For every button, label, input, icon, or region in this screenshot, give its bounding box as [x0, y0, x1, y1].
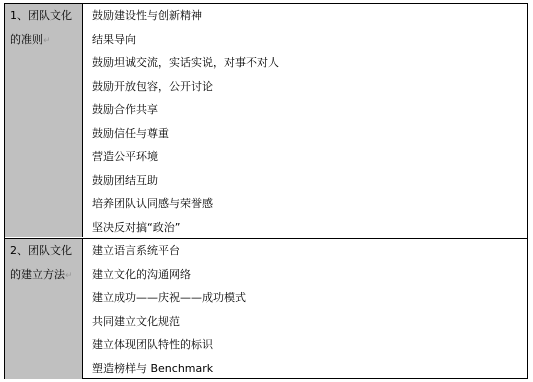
list-item: 鼓励坦诚交流，实话实说，对事不对人: [84, 51, 527, 75]
list-item: 建立文化的沟通网络: [84, 263, 527, 287]
category-label-line1: 1、团队文化: [5, 4, 82, 28]
paragraph-mark-icon: ↵: [65, 271, 73, 281]
list-item: 结果导向: [84, 28, 527, 52]
list-item: 建立体现团队特性的标识: [84, 333, 527, 357]
list-item: 鼓励信任与尊重: [84, 122, 527, 146]
category-label-line2: 的建立方法↵: [5, 263, 82, 289]
category-label-line1: 2、团队文化: [5, 239, 82, 263]
category-cell-principles: 1、团队文化 的准则↵: [5, 4, 83, 237]
list-item: 鼓励合作共享: [84, 98, 527, 122]
list-item: 塑造榜样与 Benchmark: [84, 357, 527, 381]
list-item: 鼓励建设性与创新精神: [84, 4, 527, 28]
culture-table: 1、团队文化 的准则↵ 鼓励建设性与创新精神 结果导向 鼓励坦诚交流，实话实说，…: [4, 3, 528, 379]
table-row-methods: 2、团队文化 的建立方法↵ 建立语言系统平台 建立文化的沟通网络 建立成功——庆…: [5, 238, 527, 379]
list-item: 建立成功——庆祝——成功模式: [84, 286, 527, 310]
list-item: 建立语言系统平台: [84, 239, 527, 263]
list-item: 共同建立文化规范: [84, 310, 527, 334]
list-item: 坚决反对搞“政治”: [84, 216, 527, 240]
list-item: 营造公平环境: [84, 145, 527, 169]
category-label-line2: 的准则↵: [5, 28, 82, 54]
paragraph-mark-icon: ↵: [43, 36, 51, 46]
category-cell-methods: 2、团队文化 的建立方法↵: [5, 239, 83, 379]
principles-list: 鼓励建设性与创新精神 结果导向 鼓励坦诚交流，实话实说，对事不对人 鼓励开放包容…: [84, 4, 527, 239]
list-item: 鼓励团结互助: [84, 169, 527, 193]
methods-list: 建立语言系统平台 建立文化的沟通网络 建立成功——庆祝——成功模式 共同建立文化…: [84, 239, 527, 380]
table-row-principles: 1、团队文化 的准则↵ 鼓励建设性与创新精神 结果导向 鼓励坦诚交流，实话实说，…: [5, 4, 527, 237]
list-item: 培养团队认同感与荣誉感: [84, 192, 527, 216]
list-item: 鼓励开放包容，公开讨论: [84, 75, 527, 99]
